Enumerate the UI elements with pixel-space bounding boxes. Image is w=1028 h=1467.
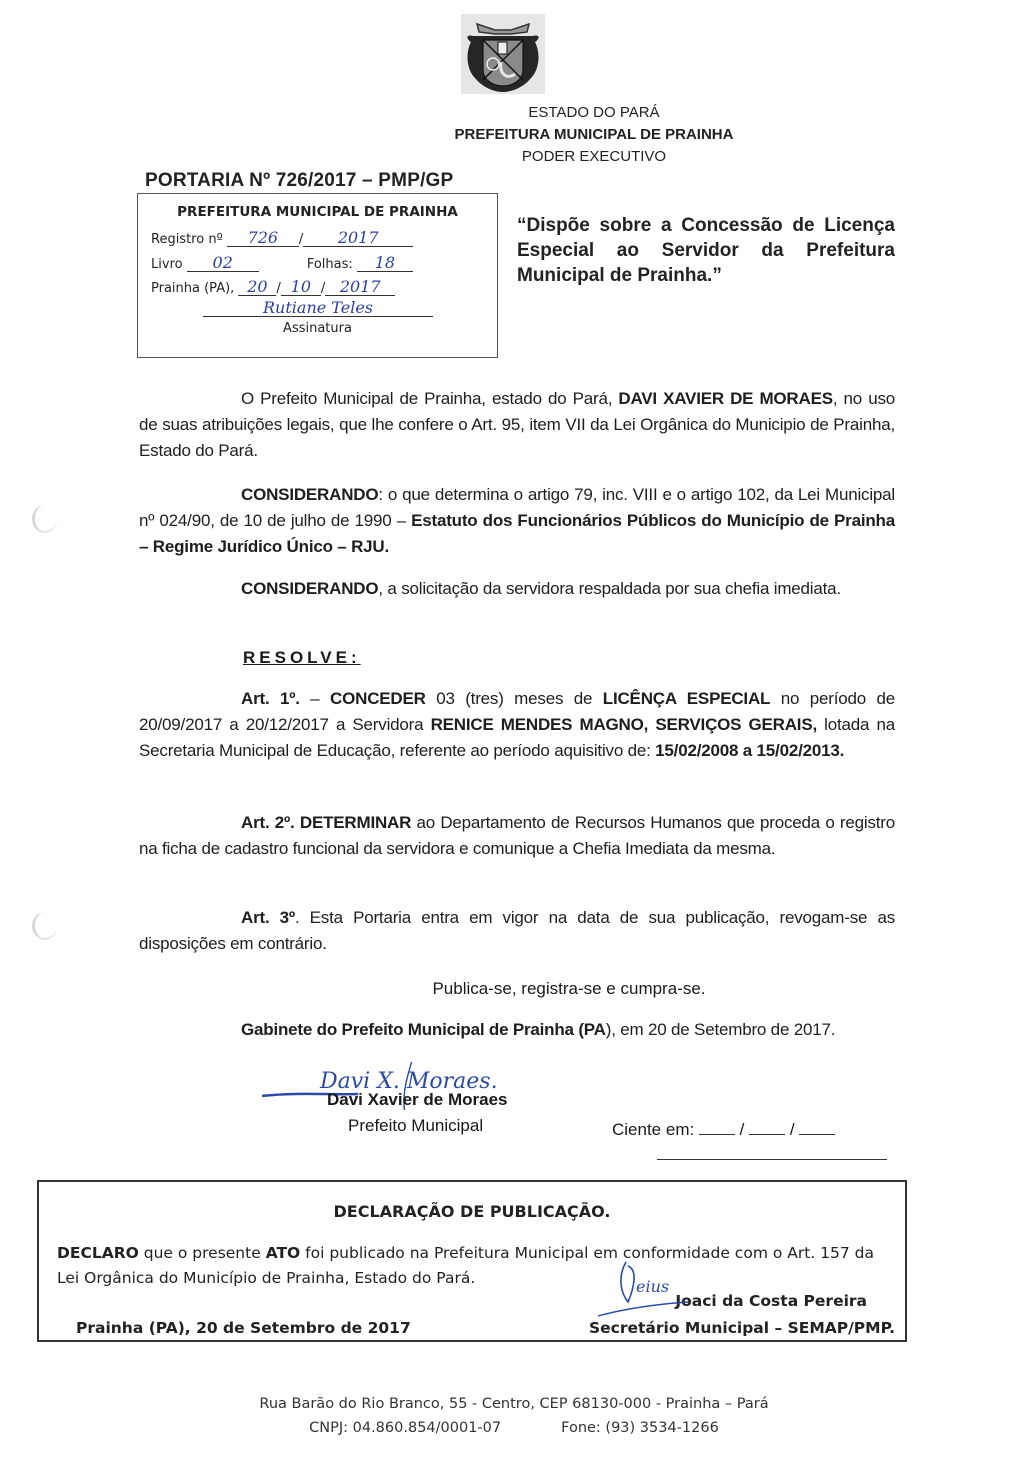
registry-stamp: PREFEITURA MUNICIPAL DE PRAINHA Registro…: [137, 193, 498, 358]
preamble-paragraph: O Prefeito Municipal de Prainha, estado …: [139, 386, 895, 464]
publica-statement: Publica-se, registra-se e cumpra-se.: [0, 979, 1028, 999]
ciente-day-blank: [699, 1116, 735, 1135]
resolve-heading: RESOLVE:: [243, 648, 361, 668]
ementa: “Dispõe sobre a Concessão de Licença Esp…: [517, 213, 895, 288]
date-line: Prainha (PA), 20/10/2017: [151, 279, 395, 296]
portaria-title: PORTARIA Nº 726/2017 – PMP/GP: [145, 170, 453, 192]
stamp-signature-line: Rutiane Teles: [203, 300, 433, 317]
registro-line: Registro nº 726/2017: [151, 230, 413, 247]
declaration-date: Prainha (PA), 20 de Setembro de 2017: [76, 1319, 411, 1337]
svg-text:eius: eius: [636, 1277, 669, 1296]
state-name: ESTADO DO PARÁ: [80, 102, 1028, 124]
registry-stamp-title: PREFEITURA MUNICIPAL DE PRAINHA: [138, 204, 497, 220]
mayor-name-inline: DAVI XAVIER DE MORAES: [618, 389, 832, 408]
article-2: Art. 2º. DETERMINAR ao Departamento de R…: [139, 810, 895, 862]
footer-phone: Fone: (93) 3534-1266: [561, 1420, 719, 1436]
branch-name: PODER EXECUTIVO: [80, 146, 1028, 168]
ciente-year-blank: [799, 1116, 835, 1135]
considerando-2: CONSIDERANDO, a solicitação da servidora…: [139, 576, 895, 602]
folhas-value: 18: [357, 255, 413, 272]
registro-number: 726: [227, 230, 299, 247]
date-day: 20: [238, 279, 276, 296]
gabinete-statement: Gabinete do Prefeito Municipal de Prainh…: [139, 1017, 895, 1043]
ciente-field: Ciente em: / /: [612, 1116, 835, 1140]
ciente-month-blank: [749, 1116, 785, 1135]
mayor-role: Prefeito Municipal: [348, 1116, 483, 1136]
footer-contacts: CNPJ: 04.860.854/0001-07Fone: (93) 3534-…: [0, 1420, 1028, 1436]
livro-label: Livro: [151, 257, 183, 272]
registro-label: Registro nº: [151, 232, 223, 247]
footer-cnpj: CNPJ: 04.860.854/0001-07: [309, 1420, 501, 1436]
municipality-name: PREFEITURA MUNICIPAL DE PRAINHA: [80, 124, 1028, 146]
ciente-label: Ciente em:: [612, 1120, 694, 1139]
punch-hole-mark: [32, 505, 57, 533]
stamp-signature: Rutiane Teles: [203, 300, 433, 317]
municipal-coat-of-arms-icon: [461, 14, 545, 94]
date-label: Prainha (PA),: [151, 281, 234, 296]
article-1: Art. 1º. – CONCEDER 03 (tres) meses de L…: [139, 686, 895, 764]
declaration-signer-role: Secretário Municipal – SEMAP/PMP.: [589, 1319, 895, 1337]
signature-label: Assinatura: [138, 321, 497, 336]
declaration-title: DECLARAÇÃO DE PUBLICAÇÃO.: [39, 1202, 905, 1221]
article-3: Art. 3º. Esta Portaria entra em vigor na…: [139, 905, 895, 957]
secretary-signature: eius: [598, 1258, 798, 1318]
considerando-1: CONSIDERANDO: o que determina o artigo 7…: [139, 482, 895, 560]
mayor-name: Davi Xavier de Moraes: [327, 1090, 507, 1110]
punch-hole-mark: [32, 912, 57, 940]
footer-address: Rua Barão do Rio Branco, 55 - Centro, CE…: [0, 1396, 1028, 1412]
ciente-signature-line: [657, 1159, 887, 1160]
date-year: 2017: [325, 279, 395, 296]
date-month: 10: [281, 279, 321, 296]
livro-value: 02: [187, 255, 259, 272]
registro-year: 2017: [303, 230, 413, 247]
livro-line: Livro 02 Folhas: 18: [151, 255, 413, 272]
folhas-label: Folhas:: [307, 257, 353, 272]
